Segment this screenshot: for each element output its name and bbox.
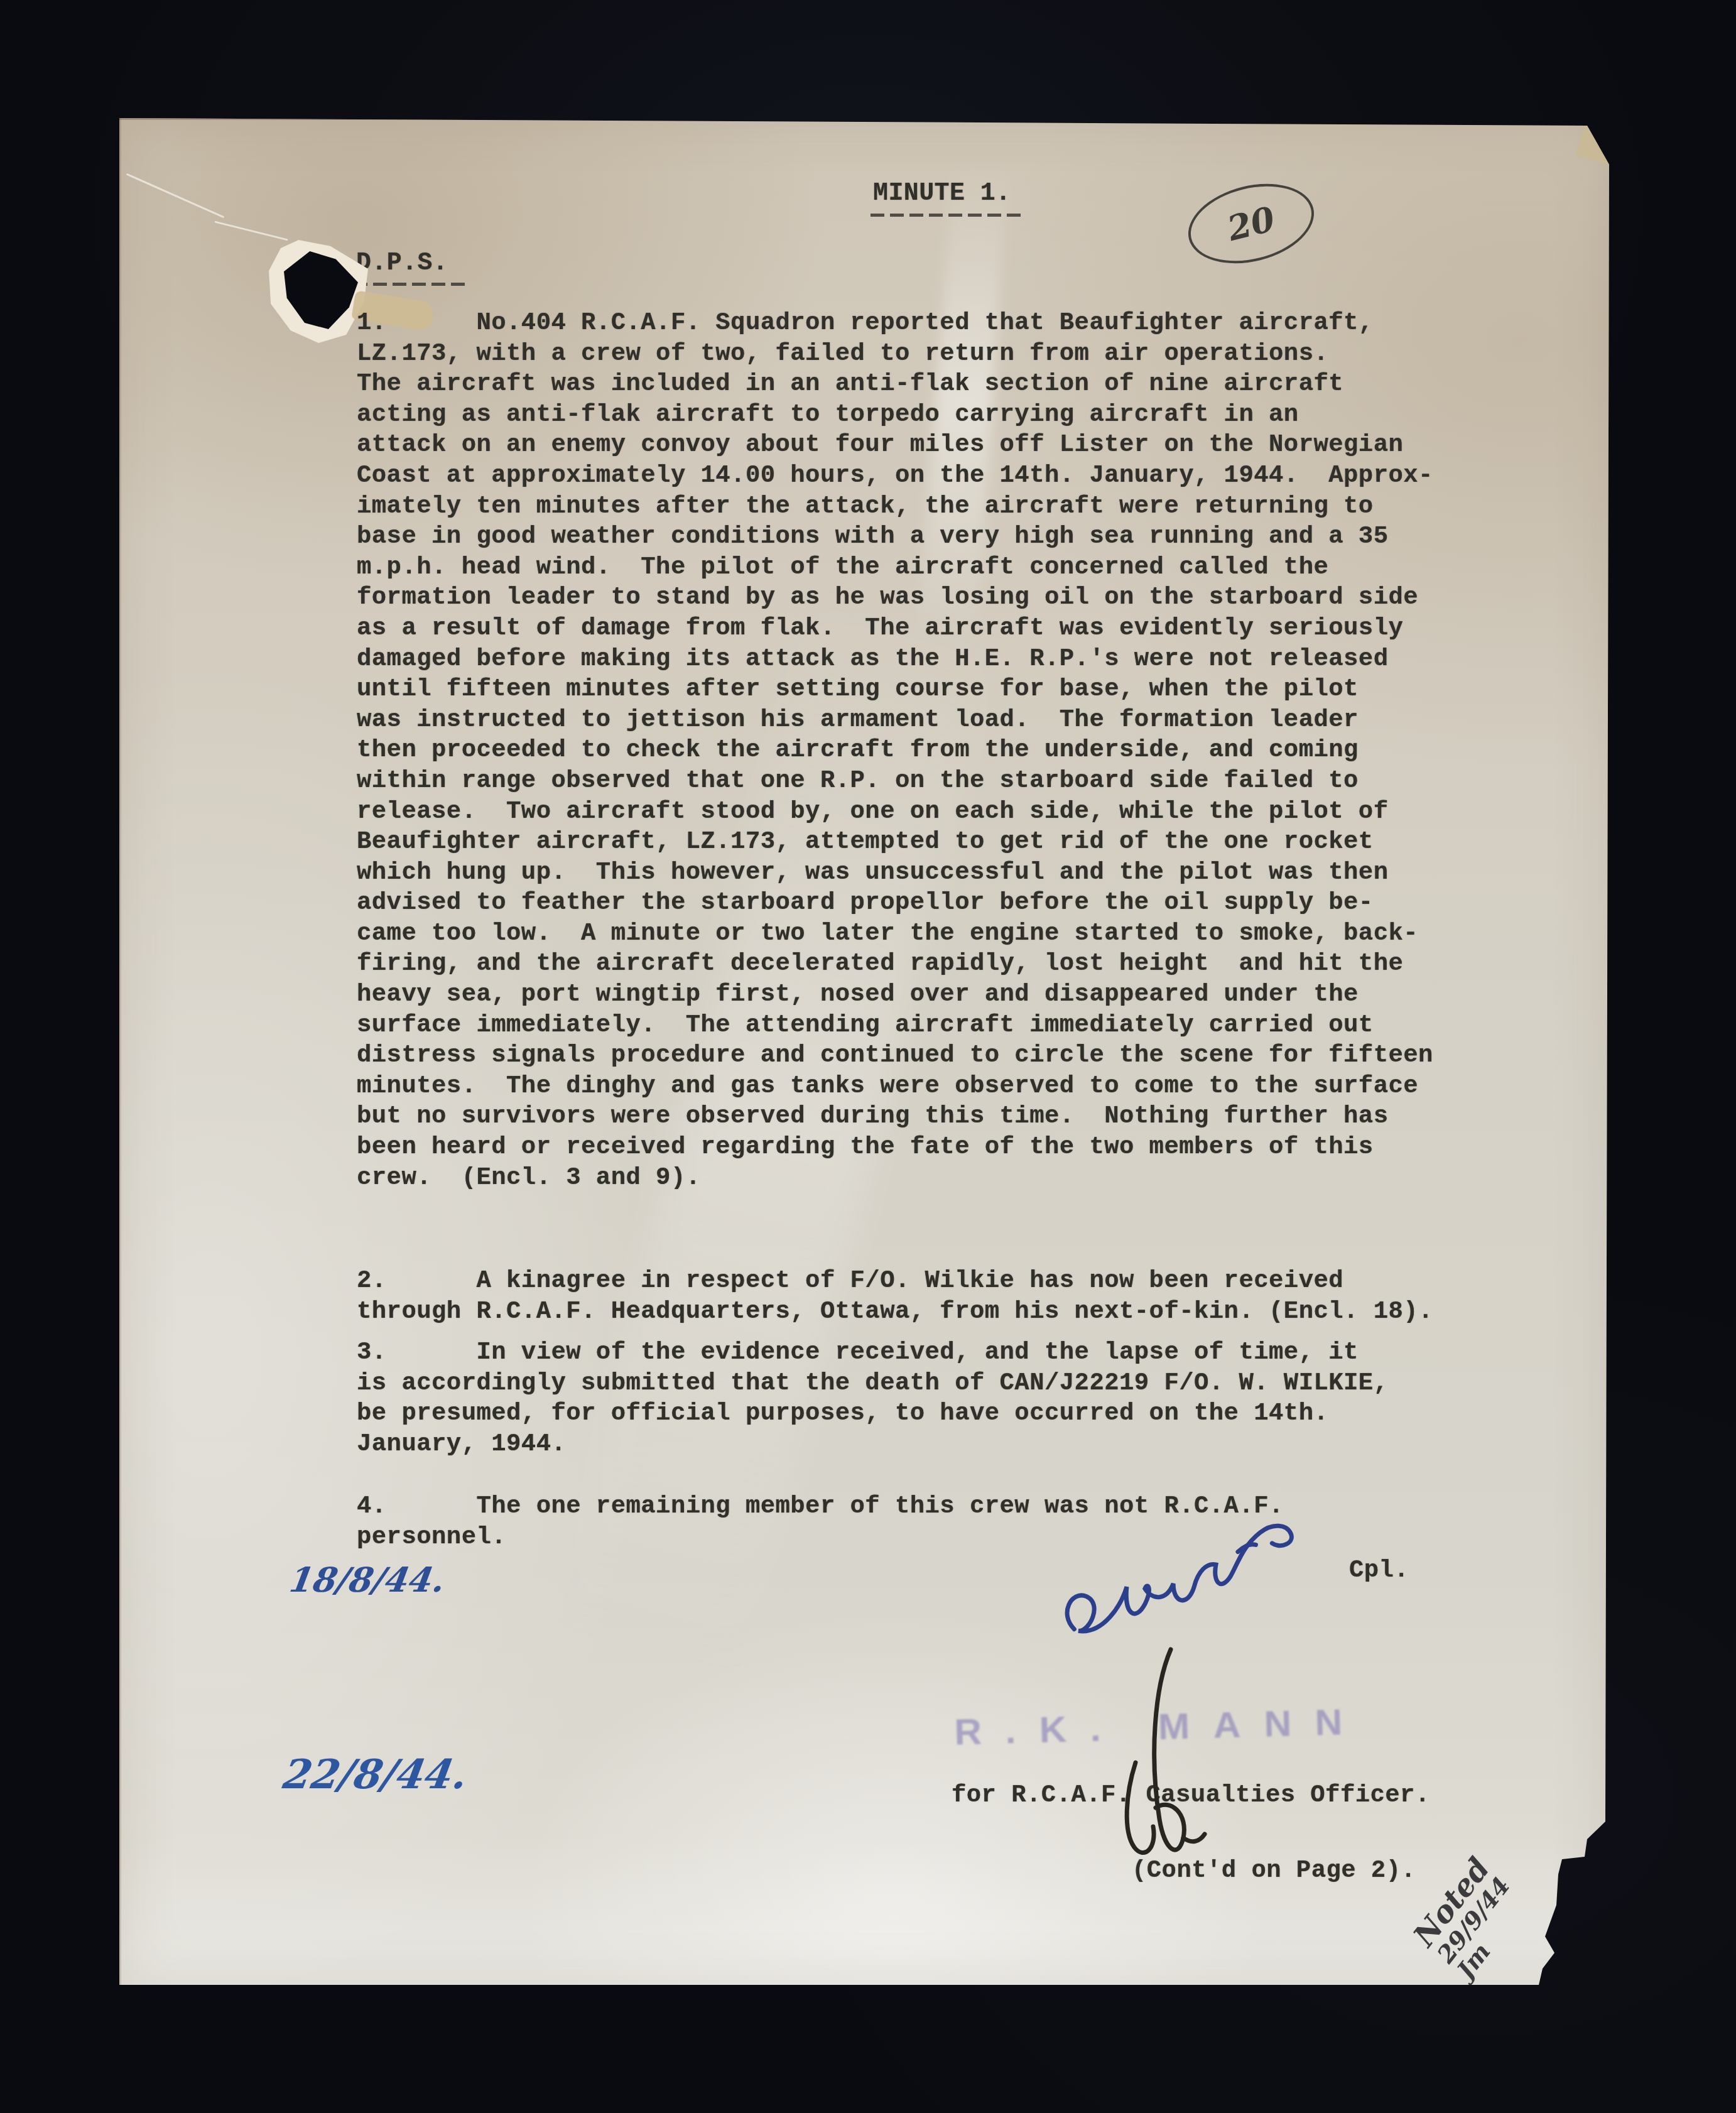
rank-label: Cpl. [1349,1555,1409,1586]
punch-hole [284,251,358,329]
paragraph-3: 3. In view of the evidence received, and… [357,1337,1388,1459]
contd-note: (Cont'd on Page 2). [1132,1855,1416,1886]
circled-number-text: 20 [1223,198,1279,249]
title-underline [871,214,1026,217]
paper-crack [214,221,288,241]
addressee: D.P.S. [356,249,448,280]
punch-hole-torn-rim [269,240,368,343]
paper-crack [126,173,225,219]
noted-annotation: Noted 29/9/44 Jm [1408,1852,1535,1983]
addressee-underline [354,283,465,286]
document-page: MINUTE 1. 20 D.P.S. 1. No.404 R.C.A.F. S… [119,118,1609,1985]
scan-background: MINUTE 1. 20 D.P.S. 1. No.404 R.C.A.F. S… [0,0,1736,2113]
signature-scrawl [1055,1531,1344,1644]
top-right-corner-fold [1575,123,1610,167]
bottom-date-handwritten: 22/8/44. [279,1751,471,1798]
left-date-handwritten: 18/8/44. [286,1560,448,1600]
paragraph-2: 2. A kinagree in respect of F/O. Wilkie … [357,1266,1433,1327]
circled-serial-number: 20 [1180,171,1323,276]
minute-title: MINUTE 1. [873,179,1011,210]
paragraph-1: 1. No.404 R.C.A.F. Squadron reported tha… [357,308,1433,1193]
